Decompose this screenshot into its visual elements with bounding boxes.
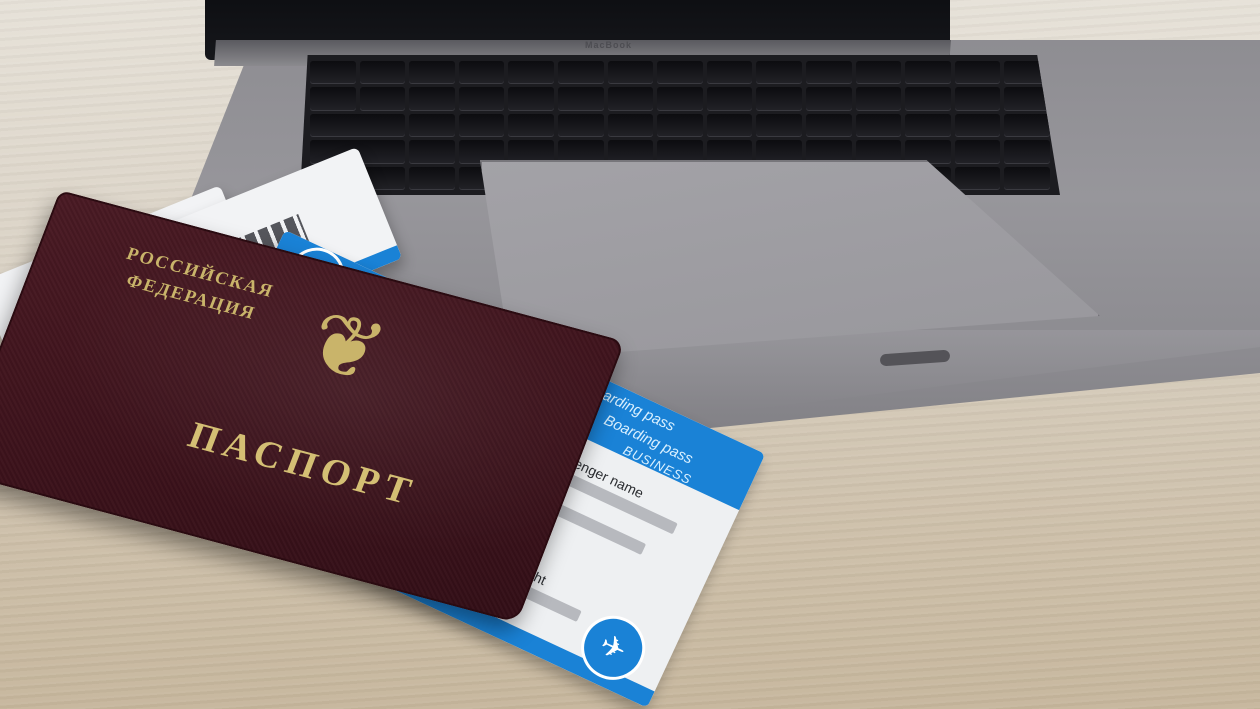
keyboard-key <box>707 140 753 162</box>
keyboard-key <box>806 140 852 162</box>
keyboard-key <box>955 87 1001 109</box>
keyboard-key <box>905 87 951 109</box>
keyboard-key <box>1004 114 1050 136</box>
keyboard-key <box>756 61 802 83</box>
keyboard-key <box>955 61 1001 83</box>
keyboard-key <box>608 87 654 109</box>
keyboard-key <box>1004 140 1050 162</box>
keyboard-key <box>459 114 505 136</box>
keyboard-key <box>409 61 455 83</box>
keyboard-key <box>707 87 753 109</box>
keyboard-key <box>310 87 356 109</box>
photo-scene: MacBook ✈ Sky Airlines Boarding pass Boa… <box>0 0 1260 709</box>
keyboard-key <box>756 87 802 109</box>
keyboard-key <box>856 114 902 136</box>
keyboard-key <box>806 87 852 109</box>
keyboard-key <box>657 114 703 136</box>
keyboard-key <box>657 61 703 83</box>
keyboard-key <box>360 87 406 109</box>
keyboard-key <box>707 61 753 83</box>
keyboard-key <box>558 87 604 109</box>
keyboard-key <box>1004 167 1050 189</box>
passport-country: РОССИЙСКАЯ ФЕДЕРАЦИЯ <box>114 240 279 328</box>
keyboard-key <box>558 140 604 162</box>
keyboard-key <box>955 167 1001 189</box>
keyboard-key <box>409 167 455 189</box>
keyboard-key <box>459 140 505 162</box>
keyboard-key <box>707 114 753 136</box>
keyboard-key <box>608 140 654 162</box>
keyboard-key <box>409 140 455 162</box>
keyboard-key <box>409 87 455 109</box>
keyboard-key <box>905 61 951 83</box>
keyboard-key <box>608 61 654 83</box>
keyboard-key <box>310 61 356 83</box>
keyboard-key <box>756 114 802 136</box>
keyboard-key <box>508 61 554 83</box>
keyboard-key <box>657 140 703 162</box>
keyboard-key <box>409 114 455 136</box>
keyboard-key <box>310 114 405 136</box>
keyboard-key <box>856 87 902 109</box>
coat-of-arms-icon: ❦ <box>253 273 439 420</box>
keyboard-key <box>508 140 554 162</box>
keyboard-key <box>558 114 604 136</box>
keyboard-key <box>806 61 852 83</box>
keyboard-key <box>657 87 703 109</box>
keyboard-key <box>806 114 852 136</box>
keyboard-key <box>459 87 505 109</box>
keyboard-key <box>905 140 951 162</box>
keyboard-key <box>508 87 554 109</box>
keyboard-key <box>856 140 902 162</box>
keyboard-key <box>608 114 654 136</box>
keyboard-key <box>856 61 902 83</box>
keyboard-key <box>756 140 802 162</box>
keyboard-key <box>558 61 604 83</box>
keyboard-key <box>905 114 951 136</box>
keyboard-key <box>508 114 554 136</box>
keyboard-key <box>955 140 1001 162</box>
keyboard-key <box>459 61 505 83</box>
keyboard-key <box>360 61 406 83</box>
passport-title: ПАСПОРТ <box>182 413 423 515</box>
keyboard-key <box>955 114 1001 136</box>
laptop-logo: MacBook <box>585 40 632 50</box>
